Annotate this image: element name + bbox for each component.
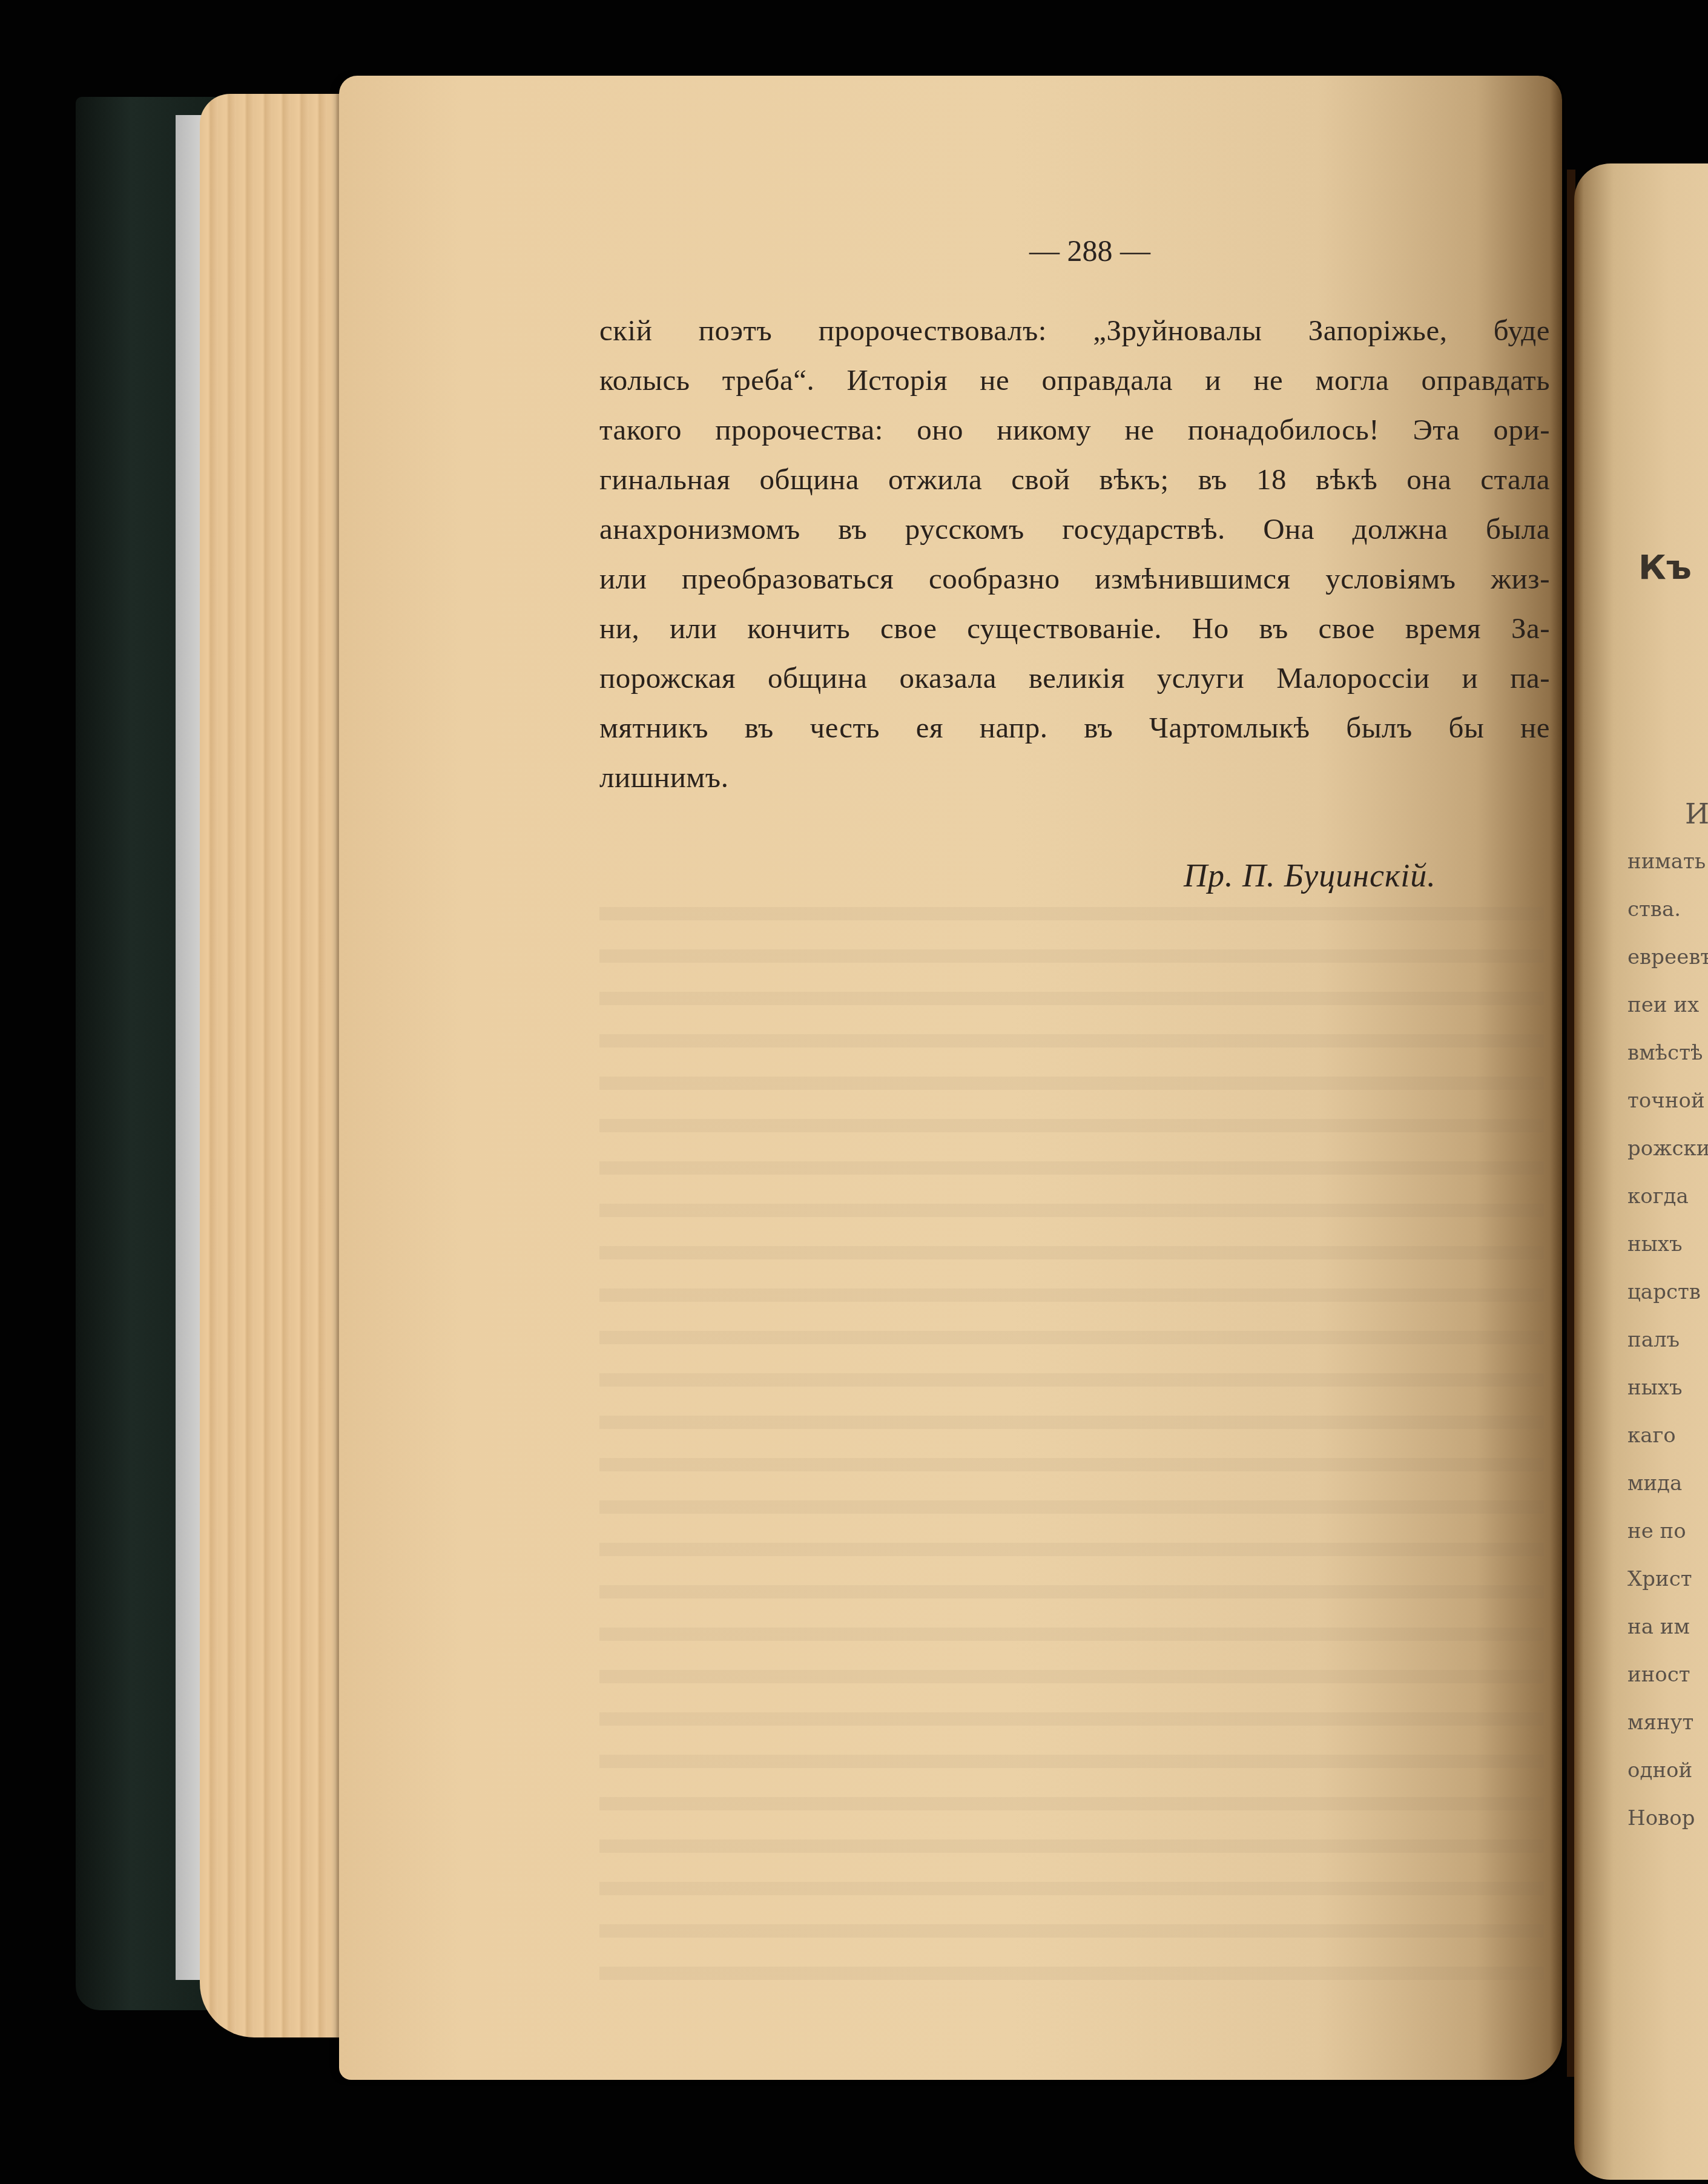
text-line: каго <box>1627 1412 1708 1460</box>
text-line: одной <box>1627 1747 1708 1795</box>
text-line: точной <box>1627 1077 1708 1125</box>
text-line: или преобразоваться сообразно измѣнившим… <box>599 554 1550 604</box>
page-number: — 288 — <box>975 233 1205 268</box>
text-line: мида <box>1627 1460 1708 1508</box>
text-line: колысь треба“. Исторія не оправдала и не… <box>599 355 1550 405</box>
text-line: на им <box>1627 1603 1708 1651</box>
text-line: скій поэтъ пророчествовалъ: „Зруйновалы … <box>599 306 1550 355</box>
text-line: когда <box>1627 1173 1708 1221</box>
right-page-text: И нимать ства. евреевъ пеи их вмѣстѣ точ… <box>1627 790 1708 1843</box>
text-line: мятникъ въ честь ея напр. въ Чартомлыкѣ … <box>599 703 1550 753</box>
text-line: иност <box>1627 1651 1708 1699</box>
text-line: царств <box>1627 1269 1708 1316</box>
text-line: палъ <box>1627 1316 1708 1364</box>
text-line: мянут <box>1627 1699 1708 1747</box>
text-line: анахронизмомъ въ русскомъ государствѣ. О… <box>599 504 1550 554</box>
body-text: скій поэтъ пророчествовалъ: „Зруйновалы … <box>599 306 1550 802</box>
text-line: ныхъ <box>1627 1221 1708 1269</box>
text-line: порожская община оказала великія услуги … <box>599 653 1550 703</box>
text-line: И <box>1627 790 1708 838</box>
text-line: Новор <box>1627 1795 1708 1843</box>
text-line: гинальная община отжила свой вѣкъ; въ 18… <box>599 455 1550 504</box>
text-line: нимать <box>1627 838 1708 886</box>
text-line: ныхъ <box>1627 1364 1708 1412</box>
text-line: пеи их <box>1627 981 1708 1029</box>
text-line: лишнимъ. <box>599 753 1550 802</box>
text-line: Христ <box>1627 1556 1708 1603</box>
author-signature: Пр. П. Буцинскій. <box>1184 857 1436 894</box>
text-line: евреевъ <box>1627 934 1708 981</box>
text-line: ства. <box>1627 886 1708 934</box>
text-line: такого пророчества: оно никому не понадо… <box>599 405 1550 455</box>
right-page-heading: Къ <box>1638 548 1692 587</box>
text-line: не по <box>1627 1508 1708 1556</box>
text-line: вмѣстѣ <box>1627 1029 1708 1077</box>
text-line: рожски <box>1627 1125 1708 1173</box>
text-line: ни, или кончить свое существованіе. Но в… <box>599 604 1550 653</box>
